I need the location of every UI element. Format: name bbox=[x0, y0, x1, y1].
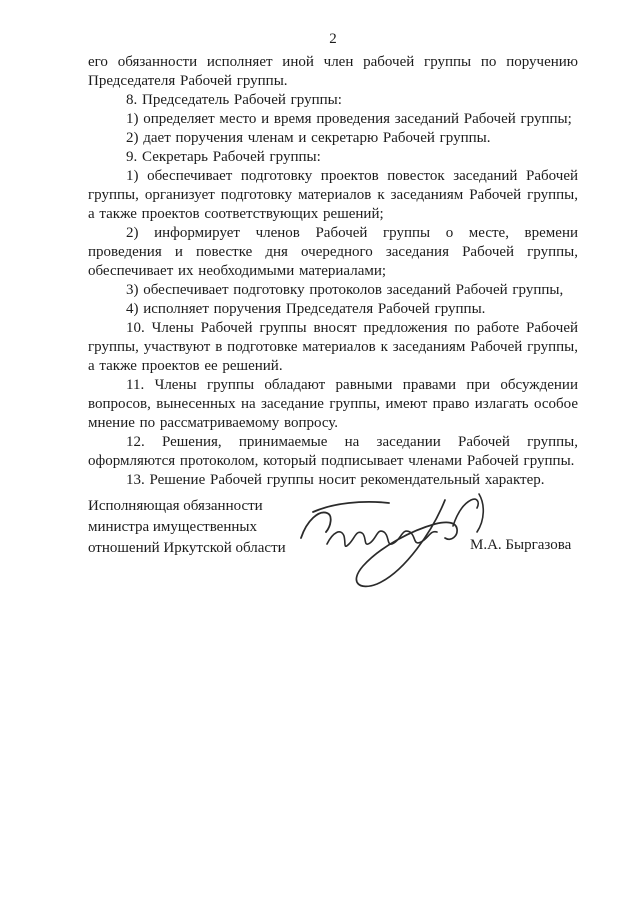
paragraph: 1) определяет место и время проведения з… bbox=[88, 110, 578, 129]
signatory-position: Исполняющая обязанности министра имущест… bbox=[88, 496, 318, 559]
paragraph: 12. Решения, принимаемые на заседании Ра… bbox=[88, 433, 578, 471]
signatory-position-line: отношений Иркутской области bbox=[88, 538, 318, 559]
paragraph: его обязанности исполняет иной член рабо… bbox=[88, 53, 578, 91]
signature-block: Исполняющая обязанности министра имущест… bbox=[88, 496, 578, 616]
paragraph: 11. Члены группы обладают равными правам… bbox=[88, 376, 578, 433]
signatory-position-line: Исполняющая обязанности bbox=[88, 496, 318, 517]
paragraph: 4) исполняет поручения Председателя Рабо… bbox=[88, 300, 578, 319]
page-number: 2 bbox=[88, 31, 578, 48]
signatory-name: М.А. Быргазова bbox=[470, 536, 580, 555]
paragraph: 9. Секретарь Рабочей группы: bbox=[88, 148, 578, 167]
paragraph: 1) обеспечивает подготовку проектов пове… bbox=[88, 167, 578, 224]
paragraph: 2) дает поручения членам и секретарю Раб… bbox=[88, 129, 578, 148]
paragraph: 8. Председатель Рабочей группы: bbox=[88, 91, 578, 110]
paragraph: 3) обеспечивает подготовку протоколов за… bbox=[88, 281, 578, 300]
signatory-position-line: министра имущественных bbox=[88, 517, 318, 538]
handwritten-signature-icon bbox=[293, 486, 493, 596]
paragraph: 2) информирует членов Рабочей группы о м… bbox=[88, 224, 578, 281]
paragraph: 10. Члены Рабочей группы вносят предложе… bbox=[88, 319, 578, 376]
document-page: 2 его обязанности исполняет иной член ра… bbox=[0, 0, 640, 905]
document-body: его обязанности исполняет иной член рабо… bbox=[88, 53, 578, 490]
